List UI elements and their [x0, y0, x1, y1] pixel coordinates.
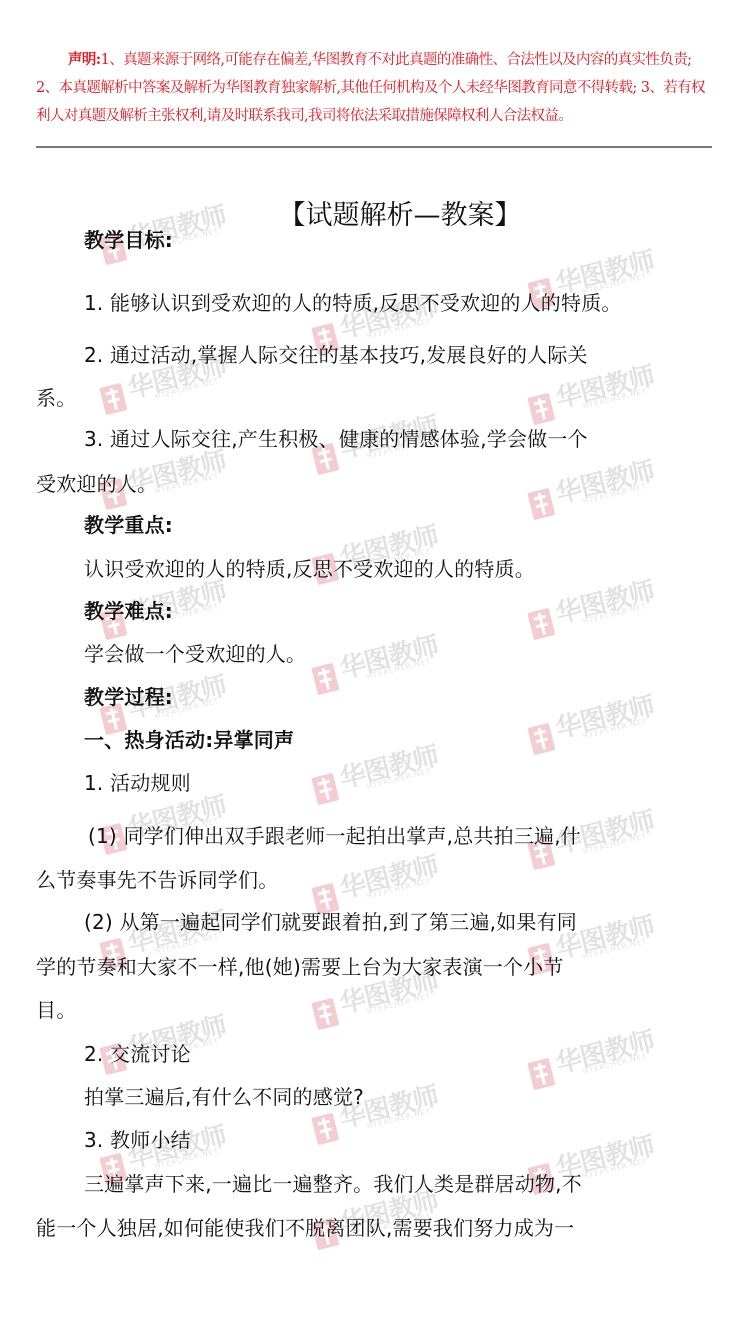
paragraph: 拍掌三遍后,有什么不同的感觉? [84, 1083, 364, 1111]
section-heading-objectives: 教学目标: [84, 226, 173, 254]
paragraph: (2) 从第一遍起同学们就要跟着拍,到了第三遍,如果有同 [84, 908, 577, 936]
disclaimer: 声明:1、真题来源于网络,可能存在偏差,华图教育不对此真题的准确性、合法性以及内… [36, 46, 712, 130]
section-heading-key-points: 教学重点: [84, 511, 173, 539]
disclaimer-label: 声明: [68, 51, 101, 68]
disclaimer-text: 1、真题来源于网络,可能存在偏差,华图教育不对此真题的准确性、合法性以及内容的真… [36, 52, 705, 124]
paragraph: 1. 能够认识到受欢迎的人的特质,反思不受欢迎的人的特质。 [84, 289, 622, 317]
watermark: 华图教师HTEACHER.NET [308, 625, 445, 701]
paragraph: (1) 同学们伸出双手跟老师一起拍出掌声,总共拍三遍,什 [88, 822, 581, 850]
watermark-logo-icon [311, 663, 339, 695]
watermark-logo-icon [527, 393, 555, 425]
subsection-heading: 一、热身活动:异掌同声 [84, 726, 294, 754]
paragraph: 目。 [36, 996, 76, 1024]
paragraph: 受欢迎的人。 [36, 470, 157, 498]
watermark: 华图教师HTEACHER.NET [524, 685, 661, 761]
watermark: 华图教师HTEACHER.NET [524, 450, 661, 526]
section-heading-process: 教学过程: [84, 683, 173, 711]
watermark-logo-icon [311, 1113, 339, 1145]
paragraph: 3. 通过人际交往,产生积极、健康的情感体验,学会做一个 [84, 425, 588, 453]
paragraph: 系。 [36, 384, 76, 412]
watermark-logo-icon [99, 383, 127, 415]
watermark: 华图教师HTEACHER.NET [524, 1020, 661, 1096]
paragraph: 3. 教师小结 [84, 1126, 191, 1154]
paragraph: 学会做一个受欢迎的人。 [84, 640, 306, 668]
header-divider [36, 146, 712, 148]
paragraph: 认识受欢迎的人的特质,反思不受欢迎的人的特质。 [84, 555, 535, 583]
paragraph: 能一个人独居,如何能使我们不脱离团队,需要我们努力成为一 [36, 1214, 574, 1242]
paragraph: 么节奏事先不告诉同学们。 [36, 866, 278, 894]
watermark: 华图教师HTEACHER.NET [524, 570, 661, 646]
paragraph: 三遍掌声下来,一遍比一遍整齐。我们人类是群居动物,不 [84, 1170, 582, 1198]
paragraph: 2. 交流讨论 [84, 1040, 191, 1068]
watermark-logo-icon [527, 1058, 555, 1090]
watermark-logo-icon [311, 998, 339, 1030]
watermark: 华图教师HTEACHER.NET [308, 735, 445, 811]
paragraph: 2. 通过活动,掌握人际交往的基本技巧,发展良好的人际关 [84, 341, 588, 369]
section-heading-difficulties: 教学难点: [84, 597, 173, 625]
watermark-logo-icon [311, 773, 339, 805]
paragraph: 学的节奏和大家不一样,他(她)需要上台为大家表演一个小节 [36, 953, 564, 981]
watermark-logo-icon [527, 488, 555, 520]
watermark-logo-icon [527, 723, 555, 755]
watermark-logo-icon [527, 608, 555, 640]
paragraph: 1. 活动规则 [84, 769, 191, 797]
